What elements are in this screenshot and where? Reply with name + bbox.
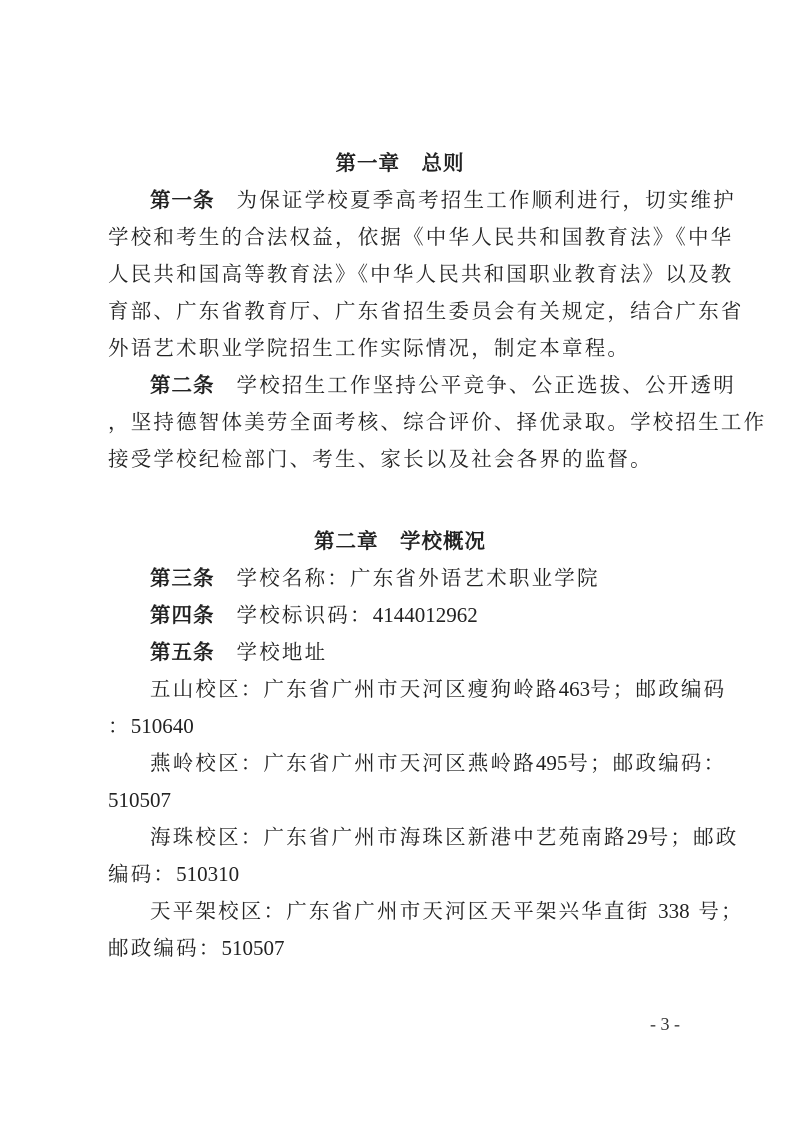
campus-wushan-line-2: ：510640: [108, 713, 704, 739]
document-page: 第一章 总则 第一条为保证学校夏季高考招生工作顺利进行，切实维护 学校和考生的合…: [0, 0, 800, 1131]
postal-code: 510507: [108, 788, 171, 812]
article-5: 第五条学校地址: [150, 639, 704, 665]
school-code: 4144012962: [373, 603, 478, 627]
campus-haizhu-line-1: 海珠校区：广东省广州市海珠区新港中艺苑南路29号；邮政: [150, 824, 704, 850]
campus-wushan-line-1: 五山校区：广东省广州市天河区瘦狗岭路463号；邮政编码: [150, 676, 704, 702]
campus-yanling-line-2: 510507: [108, 787, 704, 813]
article-2-line-1: 第二条学校招生工作坚持公平竞争、公正选拔、公开透明: [150, 372, 704, 398]
article-1-label: 第一条: [150, 188, 215, 212]
postal-code: 510507: [222, 936, 285, 960]
article-1-line-3: 人民共和国高等教育法》《中华人民共和国职业教育法》以及教: [108, 261, 704, 287]
chapter-1-title: 第一章 总则: [0, 150, 800, 176]
article-1-line-1: 第一条为保证学校夏季高考招生工作顺利进行，切实维护: [150, 187, 704, 213]
postal-code: 510310: [176, 862, 239, 886]
article-1-line-2: 学校和考生的合法权益，依据《中华人民共和国教育法》《中华: [108, 224, 704, 250]
postal-code: 510640: [131, 714, 194, 738]
article-4-label: 第四条: [150, 603, 215, 627]
article-3: 第三条学校名称：广东省外语艺术职业学院: [150, 565, 704, 591]
article-2-label: 第二条: [150, 373, 215, 397]
article-1-line-4: 育部、广东省教育厅、广东省招生委员会有关规定，结合广东省: [108, 298, 704, 324]
article-2-line-3: 接受学校纪检部门、考生、家长以及社会各界的监督。: [108, 446, 704, 472]
campus-tianpingjia-line-1: 天平架校区：广东省广州市天河区天平架兴华直街 338 号；: [150, 898, 704, 924]
chapter-2-title: 第二章 学校概况: [0, 528, 800, 554]
article-2-line-2: ，坚持德智体美劳全面考核、综合评价、择优录取。学校招生工作: [108, 409, 704, 435]
campus-haizhu-line-2: 编码：510310: [108, 861, 704, 887]
page-number: - 3 -: [650, 1014, 680, 1035]
campus-yanling-line-1: 燕岭校区：广东省广州市天河区燕岭路495号；邮政编码：: [150, 750, 704, 776]
campus-tianpingjia-line-2: 邮政编码：510507: [108, 935, 704, 961]
article-4: 第四条学校标识码：4144012962: [150, 602, 704, 628]
article-1-line-5: 外语艺术职业学院招生工作实际情况，制定本章程。: [108, 335, 704, 361]
article-5-label: 第五条: [150, 640, 215, 664]
article-3-label: 第三条: [150, 566, 215, 590]
